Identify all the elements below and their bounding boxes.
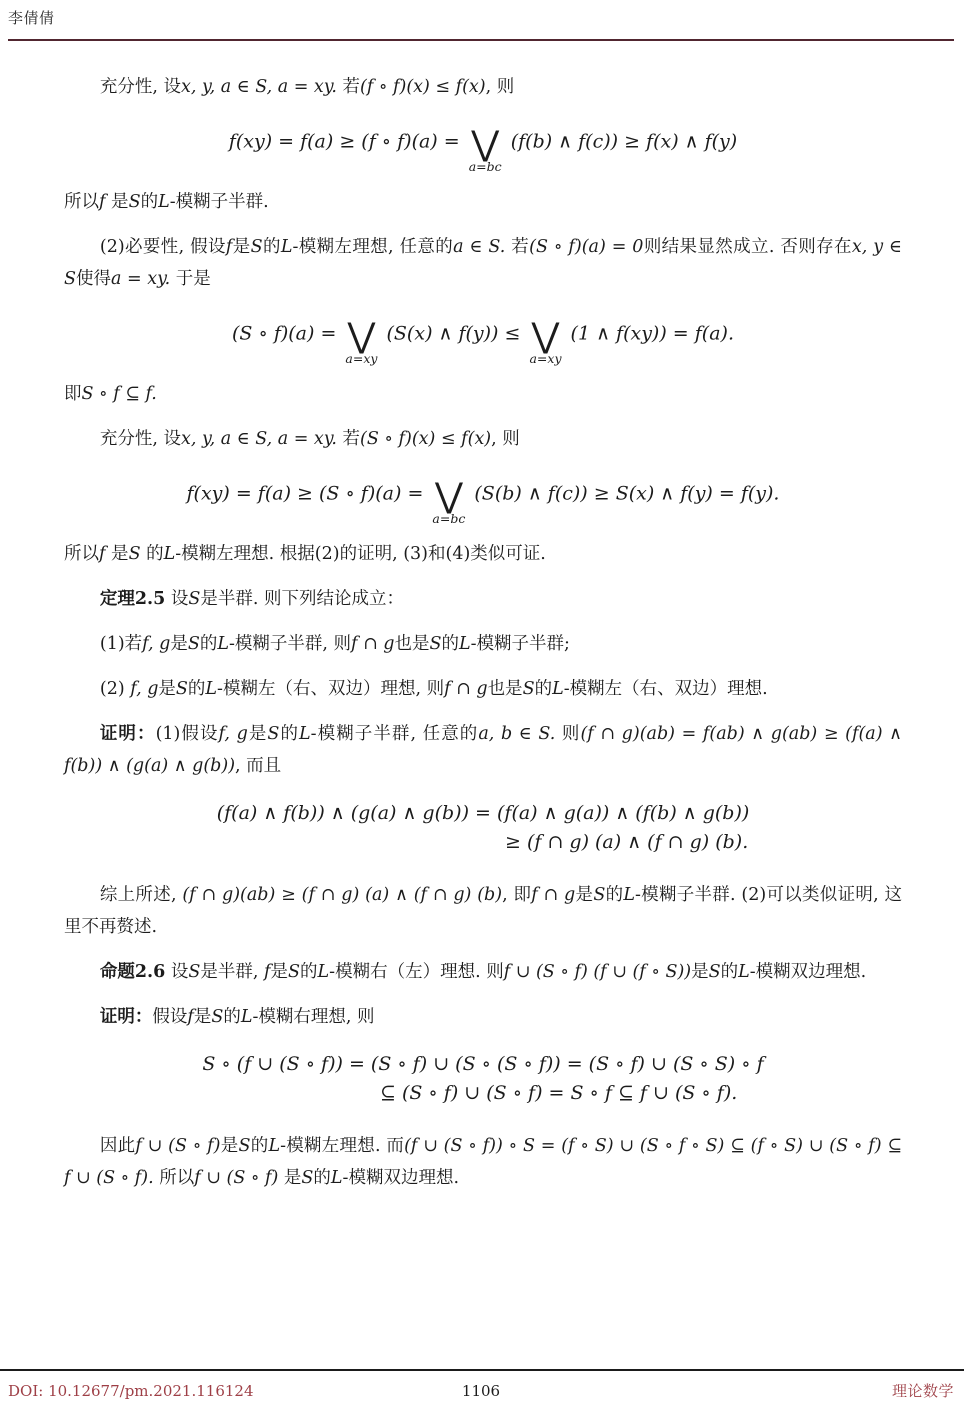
math-segment: L [318, 962, 330, 982]
display-formula: (S ∘ f)(a) = ⋁a=xy (S(x) ∧ f(y)) ≤ ⋁a=xy… [64, 312, 902, 357]
text-segment: 则 [555, 724, 580, 744]
text-segment: 是 [691, 962, 709, 982]
math-segment: S [176, 679, 188, 699]
math-segment: (1 ∧ f(xy)) = f(a). [565, 323, 734, 345]
page-footer: DOI: 10.12677/pm.2021.116124 1106 理论数学 [0, 1369, 964, 1414]
text-segment: -模糊双边理想. [343, 1168, 459, 1188]
formula-line: ⊆ (S ∘ f) ∪ (S ∘ f) = S ∘ f ⊆ f ∪ (S ∘ f… [64, 1079, 902, 1108]
text-segment: 是 [105, 192, 128, 212]
display-formula: f(xy) = f(a) ≥ (f ∘ f)(a) = ⋁a=bc (f(b) … [64, 120, 902, 165]
text-segment: 的 [141, 192, 159, 212]
formula-line: (S ∘ f)(a) = ⋁a=xy (S(x) ∧ f(y)) ≤ ⋁a=xy… [64, 312, 902, 357]
formula-line: S ∘ (f ∪ (S ∘ f)) = (S ∘ f) ∪ (S ∘ (S ∘ … [64, 1050, 902, 1079]
text-segment: 也是 [488, 679, 523, 699]
vee-symbol: ⋁ [348, 321, 376, 351]
text-segment: (1)假设 [156, 724, 219, 744]
text-segment: 即 [64, 384, 82, 404]
math-segment: ⊆ (S ∘ f) ∪ (S ∘ f) = S ∘ f ⊆ f ∪ (S ∘ f… [380, 1082, 737, 1104]
text-segment: 的 [300, 962, 318, 982]
page-number: 1106 [462, 1382, 500, 1400]
math-segment: S [709, 962, 721, 982]
text-segment: 是 [220, 1136, 238, 1156]
paragraph: 所以f 是S 的L-模糊左理想. 根据(2)的证明, (3)和(4)类似可证. [64, 538, 902, 570]
math-segment: L [738, 962, 750, 982]
vee-subscript: a=xy [345, 352, 377, 366]
text-segment: -模糊左理想. 根据(2)的证明, (3)和(4)类似可证. [175, 544, 546, 564]
bold-label: 证明： [100, 1007, 153, 1027]
math-segment: L [268, 1136, 280, 1156]
text-segment: 的 [263, 237, 281, 257]
math-segment: f ∩ g [444, 679, 487, 699]
text-segment: 的 [200, 634, 218, 654]
paragraph: (2)必要性, 假设f是S的L-模糊左理想, 任意的a ∈ S. 若(S ∘ f… [64, 231, 902, 295]
text-segment: 是半群. 则下列结论成立： [200, 589, 404, 609]
math-segment: S [188, 962, 200, 982]
paragraph: 充分性, 设x, y, a ∈ S, a = xy. 若(S ∘ f)(x) ≤… [64, 423, 902, 455]
text-segment: (2)必要性, 假设 [100, 237, 226, 257]
math-segment: L [241, 1007, 253, 1027]
math-segment: (S ∘ f)(a) = 0 [529, 237, 643, 257]
big-vee-operator: ⋁a=xy [345, 321, 377, 366]
paragraph: 综上所述, (f ∩ g)(ab) ≥ (f ∩ g) (a) ∧ (f ∩ g… [64, 879, 902, 943]
paragraph: (2) f, g是S的L-模糊左（右、双边）理想, 则f ∩ g也是S的L-模糊… [64, 673, 902, 705]
math-segment: x, y, a ∈ S, a = xy. [181, 429, 337, 449]
text-segment: 是半群, [200, 962, 264, 982]
formula-line: f(xy) = f(a) ≥ (S ∘ f)(a) = ⋁a=bc (S(b) … [64, 472, 902, 517]
text-segment: -模糊左理想, 任意的 [292, 237, 453, 257]
display-formula: (f(a) ∧ f(b)) ∧ (g(a) ∧ g(b)) = (f(a) ∧ … [64, 799, 902, 858]
math-segment: (f ∩ g)(ab) ≥ (f ∩ g) (a) ∧ (f ∩ g) (b) [182, 885, 502, 905]
math-segment: L [459, 634, 471, 654]
math-segment: L [281, 237, 293, 257]
math-segment: (S(x) ∧ f(y)) ≤ [380, 323, 526, 345]
text-segment: 也是 [395, 634, 430, 654]
text-segment: 的 [605, 885, 623, 905]
text-segment: -模糊左（右、双边）理想. [564, 679, 768, 699]
math-segment: L [158, 192, 170, 212]
text-segment: -模糊子半群. [170, 192, 269, 212]
vee-symbol: ⋁ [435, 481, 463, 511]
math-segment: L [205, 679, 217, 699]
math-segment: S [238, 1136, 250, 1156]
text-segment: 所以 [154, 1168, 195, 1188]
math-segment: S [288, 962, 300, 982]
paragraph: 命题2.6 设S是半群, f是S的L-模糊右（左）理想. 则f ∪ (S ∘ f… [64, 956, 902, 988]
text-segment: 设 [165, 589, 188, 609]
big-vee-operator: ⋁a=bc [469, 129, 502, 174]
text-segment: 假设 [152, 1007, 187, 1027]
math-segment: f, g [142, 634, 170, 654]
math-segment: S [523, 679, 535, 699]
doi-link[interactable]: DOI: 10.12677/pm.2021.116124 [8, 1382, 254, 1400]
math-segment: S [251, 237, 263, 257]
text-segment: -模糊右（左）理想. 则 [329, 962, 504, 982]
paragraph: 证明：(1)假设f, g是S的L-模糊子半群, 任意的a, b ∈ S. 则(f… [64, 718, 902, 782]
text-segment: 于是 [170, 269, 211, 289]
vee-subscript: a=bc [432, 512, 465, 526]
text-segment: 充分性, 设 [100, 77, 181, 97]
paragraph: 充分性, 设x, y, a ∈ S, a = xy. 若(f ∘ f)(x) ≤… [64, 71, 902, 103]
vee-subscript: a=xy [529, 352, 561, 366]
text-segment: 是 [170, 634, 188, 654]
text-segment: -模糊左（右、双边）理想, 则 [217, 679, 444, 699]
paragraph: 因此f ∪ (S ∘ f)是S的L-模糊左理想. 而(f ∪ (S ∘ f)) … [64, 1130, 902, 1194]
paragraph: (1)若f, g是S的L-模糊子半群, 则f ∩ g也是S的L-模糊子半群; [64, 628, 902, 660]
text-segment: 的 [721, 962, 739, 982]
math-segment: f(xy) = f(a) ≥ (f ∘ f)(a) = [229, 131, 466, 153]
text-segment: 所以 [64, 544, 99, 564]
text-segment: 若 [505, 237, 529, 257]
text-segment: , 即 [502, 885, 531, 905]
math-segment: f ∪ (S ∘ f) (f ∪ (f ∘ S)) [504, 962, 691, 982]
text-segment: 的 [535, 679, 553, 699]
math-segment: f ∪ (S ∘ f) [135, 1136, 220, 1156]
math-segment: f ∪ (S ∘ f) [194, 1168, 278, 1188]
math-segment: S [188, 634, 200, 654]
running-head-author: 李倩倩 [8, 9, 55, 27]
math-segment: x, y, a ∈ S, a = xy. [181, 77, 337, 97]
text-segment: (2) [100, 679, 130, 699]
text-segment: 是 [248, 724, 268, 744]
big-vee-operator: ⋁a=xy [529, 321, 561, 366]
text-segment: , 则 [486, 77, 515, 97]
page-header: 李倩倩 [0, 0, 964, 41]
math-segment: (S(b) ∧ f(c)) ≥ S(x) ∧ f(y) = f(y). [468, 483, 779, 505]
big-vee-operator: ⋁a=bc [432, 481, 465, 526]
math-segment: L [217, 634, 229, 654]
text-segment: 的 [188, 679, 206, 699]
formula-line: f(xy) = f(a) ≥ (f ∘ f)(a) = ⋁a=bc (f(b) … [64, 120, 902, 165]
math-segment: f(xy) = f(a) ≥ (S ∘ f)(a) = [187, 483, 430, 505]
text-segment: 设 [165, 962, 188, 982]
math-segment: L [552, 679, 564, 699]
math-segment: L [299, 724, 311, 744]
math-segment: a = xy. [111, 269, 170, 289]
bold-label: 证明： [100, 724, 156, 744]
text-segment: -模糊右理想, 则 [252, 1007, 374, 1027]
paragraph: 即S ∘ f ⊆ f. [64, 378, 902, 410]
document-body: 充分性, 设x, y, a ∈ S, a = xy. 若(f ∘ f)(x) ≤… [0, 41, 964, 1194]
text-segment: 是 [575, 885, 593, 905]
math-segment: a, b ∈ S. [478, 724, 555, 744]
text-segment: 则结果显然成立. 否则存在 [643, 237, 851, 257]
math-segment: S [129, 544, 141, 564]
text-segment: 使得 [76, 269, 111, 289]
text-segment: 是 [158, 679, 176, 699]
math-segment: a ∈ S. [453, 237, 505, 257]
text-segment: -模糊子半群, 则 [229, 634, 351, 654]
text-segment: -模糊子半群, 任意的 [311, 724, 479, 744]
math-segment: S ∘ f ⊆ f. [82, 384, 157, 404]
formula-line: (f(a) ∧ f(b)) ∧ (g(a) ∧ g(b)) = (f(a) ∧ … [64, 799, 902, 828]
math-segment: f, g [130, 679, 158, 699]
math-segment: (S ∘ f)(x) ≤ f(x) [360, 429, 491, 449]
math-segment: (f ∘ f)(x) ≤ f(x) [360, 77, 486, 97]
text-segment: 的 [442, 634, 460, 654]
text-segment: -模糊左理想. 而 [280, 1136, 404, 1156]
math-segment: f, g [219, 724, 248, 744]
vee-symbol: ⋁ [532, 321, 560, 351]
text-segment: 充分性, 设 [100, 429, 181, 449]
text-segment: (1)若 [100, 634, 142, 654]
math-segment: L [331, 1168, 343, 1188]
paragraph: 所以f 是S的L-模糊子半群. [64, 186, 902, 218]
journal-name: 理论数学 [892, 1380, 954, 1401]
text-segment: 若 [337, 429, 360, 449]
math-segment: (f(a) ∧ f(b)) ∧ (g(a) ∧ g(b)) = (f(a) ∧ … [217, 802, 750, 824]
math-segment: S [129, 192, 141, 212]
text-segment: , 则 [491, 429, 520, 449]
bold-label: 命题2.6 [100, 962, 165, 982]
math-segment: S [430, 634, 442, 654]
math-segment: S [593, 885, 605, 905]
math-segment: L [164, 544, 176, 564]
text-segment: 是 [232, 237, 250, 257]
display-formula: S ∘ (f ∪ (S ∘ f)) = (S ∘ f) ∪ (S ∘ (S ∘ … [64, 1050, 902, 1109]
text-segment: 是 [194, 1007, 212, 1027]
text-segment: 的 [313, 1168, 331, 1188]
text-segment: 是 [278, 1168, 301, 1188]
text-segment: 若 [337, 77, 360, 97]
paragraph: 定理2.5 设S是半群. 则下列结论成立： [64, 583, 902, 615]
math-segment: ≥ (f ∩ g) (a) ∧ (f ∩ g) (b). [505, 831, 748, 853]
text-segment: -模糊子半群; [471, 634, 570, 654]
display-formula: f(xy) = f(a) ≥ (S ∘ f)(a) = ⋁a=bc (S(b) … [64, 472, 902, 517]
bold-label: 定理2.5 [100, 589, 165, 609]
math-segment: (f(b) ∧ f(c)) ≥ f(x) ∧ f(y) [505, 131, 738, 153]
formula-line: ≥ (f ∩ g) (a) ∧ (f ∩ g) (b). [64, 828, 902, 857]
text-segment: 综上所述, [100, 885, 182, 905]
math-segment: S [211, 1007, 223, 1027]
vee-symbol: ⋁ [471, 129, 499, 159]
text-segment: 是 [271, 962, 289, 982]
math-segment: S [301, 1168, 313, 1188]
math-segment: (S ∘ f)(a) = [232, 323, 342, 345]
math-segment: S ∘ (f ∪ (S ∘ f)) = (S ∘ f) ∪ (S ∘ (S ∘ … [202, 1053, 763, 1075]
text-segment: 因此 [100, 1136, 136, 1156]
text-segment: 的 [250, 1136, 268, 1156]
text-segment: 是 [105, 544, 128, 564]
vee-subscript: a=bc [469, 160, 502, 174]
paper-page: 李倩倩 充分性, 设x, y, a ∈ S, a = xy. 若(f ∘ f)(… [0, 0, 964, 1414]
math-segment: f ∩ g [351, 634, 394, 654]
math-segment: S [267, 724, 279, 744]
math-segment: L [623, 885, 635, 905]
text-segment: 所以 [64, 192, 99, 212]
text-segment: 的 [279, 724, 299, 744]
math-segment: S [188, 589, 200, 609]
paragraph: 证明：假设f是S的L-模糊右理想, 则 [64, 1001, 902, 1033]
text-segment: 的 [141, 544, 164, 564]
text-segment: 的 [223, 1007, 241, 1027]
text-segment: , 而且 [235, 756, 281, 776]
math-segment: f ∩ g [531, 885, 575, 905]
text-segment: -模糊双边理想. [750, 962, 866, 982]
